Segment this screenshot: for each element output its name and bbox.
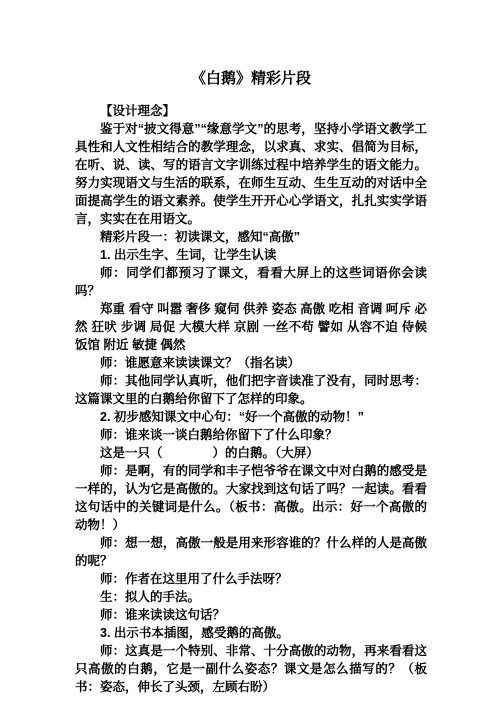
segment-one-heading: 精彩片段一：初读课文，感知“高傲” (75, 228, 427, 246)
teacher-line-listen-think: 师：其他同学认真听，他们把字音读准了没有，同时思考：这篇课文里的白鹅给你留下了怎… (75, 372, 427, 408)
step-1-heading: 1. 出示生字、生词，让学生认读 (75, 246, 427, 264)
page-title: 《白鹅》精彩片段 (75, 68, 427, 90)
teacher-line-technique: 师：作者在这里用了什么手法呀？ (75, 570, 427, 588)
teacher-line-read-text: 师：谁愿意来读读课文？（指名读） (75, 354, 427, 372)
teacher-line-posture: 师：这真是一个特别、非常、十分高傲的动物，再来看看这只高傲的白鹅，它是一副什么姿… (75, 642, 427, 696)
teacher-line-impression: 师：谁来谈一谈白鹅给你留下了什么印象？ (75, 426, 427, 444)
teacher-line-read-sentence: 师：谁来读读这句话？ (75, 606, 427, 624)
teacher-line-feng-zikai: 师：是啊，有的同学和丰子恺爷爷在课文中对白鹅的感受是一样的，认为它是高傲的。大家… (75, 462, 427, 534)
design-concept-paragraph: 鉴于对“披文得意”“缘意学文”的思考，坚持小学语文教学工具性和人文性相结合的教学… (75, 120, 427, 228)
step-2-heading: 2. 初步感知课文中心句：“好一个高傲的动物！” (75, 408, 427, 426)
student-line-personification: 生：拟人的手法。 (75, 588, 427, 606)
document-content: 《白鹅》精彩片段 【设计理念】 鉴于对“披文得意”“缘意学文”的思考，坚持小学语… (75, 68, 427, 696)
step-3-heading: 3. 出示书本插图，感受鹅的高傲。 (75, 624, 427, 642)
teacher-line-preview-words: 师：同学们都预习了课文，看看大屏上的这些词语你会读吗？ (75, 264, 427, 300)
vocabulary-list: 郑重 看守 叫嚣 奢侈 窥伺 供养 姿态 高傲 吃相 音调 呵斥 必然 狂吠 步… (75, 300, 427, 354)
fill-blank-sentence: 这是一只（ ）的白鹅。（大屏） (75, 444, 427, 462)
section-label-design-concept: 【设计理念】 (75, 102, 427, 120)
teacher-line-who-proud: 师：想一想，高傲一般是用来形容谁的？什么样的人是高傲的呢？ (75, 534, 427, 570)
document-page: 《白鹅》精彩片段 【设计理念】 鉴于对“披文得意”“缘意学文”的思考，坚持小学语… (0, 0, 496, 702)
